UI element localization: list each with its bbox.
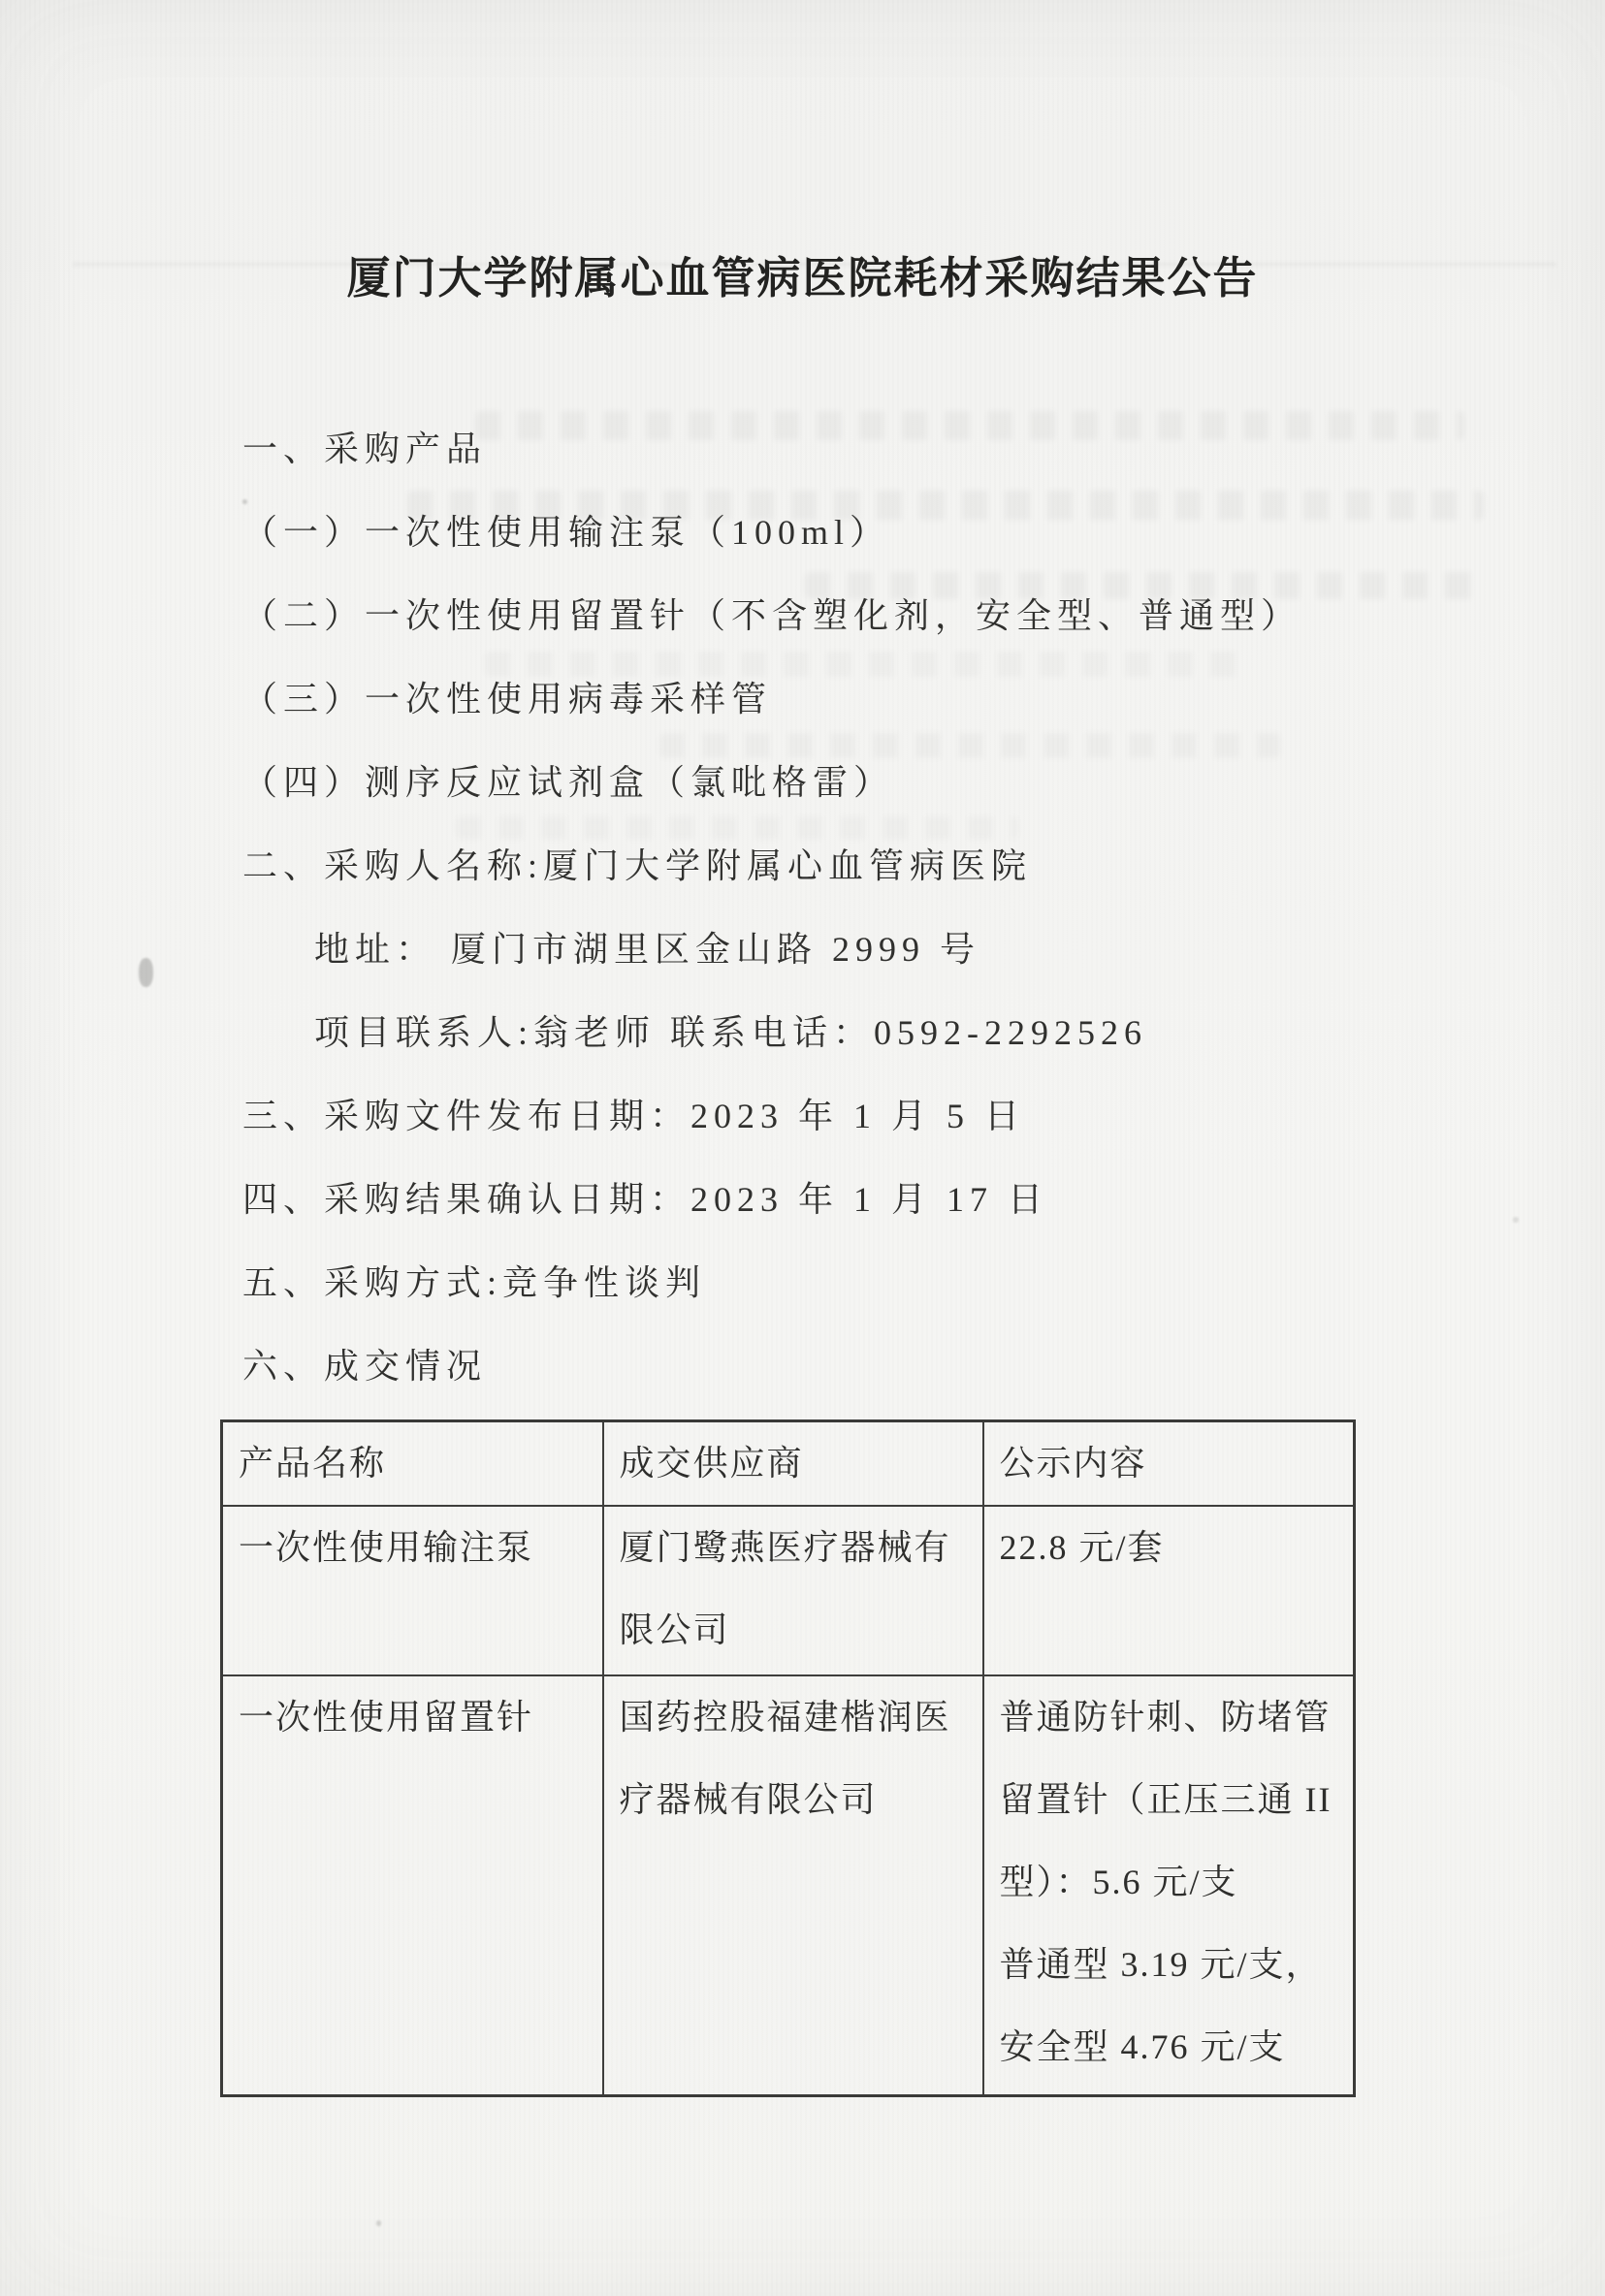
- purchaser-contact: 项目联系人:翁老师 联系电话：0592-2292526: [242, 991, 1532, 1074]
- section-2-purchaser: 二、采购人名称:厦门大学附属心血管病医院: [242, 824, 1532, 908]
- product-item-2: （二）一次性使用留置针（不含塑化剂，安全型、普通型）: [242, 574, 1532, 657]
- product-cell: 一次性使用输注泵: [222, 1506, 603, 1675]
- product-item-1: （一）一次性使用输注泵（100ml）: [242, 491, 1532, 574]
- product-item-3: （三）一次性使用病毒采样管: [242, 657, 1532, 741]
- supplier-cell: 国药控股福建楷润医 疗器械有限公司: [603, 1675, 983, 2095]
- content-cell: 普通防针刺、防堵管 留置针（正压三通 II 型）：5.6 元/支 普通型 3.1…: [983, 1675, 1355, 2095]
- scanned-document-page: { "doc": { "title": "厦门大学附属心血管病医院耗材采购结果公…: [0, 0, 1605, 2296]
- header-supplier: 成交供应商: [603, 1421, 983, 1507]
- table-row: 一次性使用输注泵 厦门鹭燕医疗器械有 限公司 22.8 元/套: [222, 1506, 1355, 1675]
- page-title: 厦门大学附属心血管病医院耗材采购结果公告: [19, 250, 1586, 306]
- section-1-heading: 一、采购产品: [242, 407, 1532, 491]
- scan-speck: [139, 958, 153, 987]
- content-cell: 22.8 元/套: [983, 1506, 1355, 1675]
- header-product-name: 产品名称: [222, 1421, 603, 1507]
- table-row: 一次性使用留置针 国药控股福建楷润医 疗器械有限公司 普通防针刺、防堵管 留置针…: [222, 1675, 1355, 2095]
- document-body: 一、采购产品 （一）一次性使用输注泵（100ml） （二）一次性使用留置针（不含…: [242, 407, 1532, 1408]
- supplier-cell: 厦门鹭燕医疗器械有 限公司: [603, 1506, 983, 1675]
- header-announcement: 公示内容: [983, 1421, 1355, 1507]
- section-6-results-heading: 六、成交情况: [242, 1324, 1532, 1408]
- product-cell: 一次性使用留置针: [222, 1675, 603, 2095]
- purchaser-address: 地址： 厦门市湖里区金山路 2999 号: [242, 908, 1532, 991]
- results-table: 产品名称 成交供应商 公示内容 一次性使用输注泵 厦门鹭燕医疗器械有 限公司 2…: [220, 1419, 1356, 2097]
- scan-speck: [376, 2220, 381, 2226]
- table-header-row: 产品名称 成交供应商 公示内容: [222, 1421, 1355, 1507]
- section-4-confirm-date: 四、采购结果确认日期：2023 年 1 月 17 日: [242, 1158, 1532, 1241]
- product-item-4: （四）测序反应试剂盒（氯吡格雷）: [242, 741, 1532, 824]
- section-5-method: 五、采购方式:竞争性谈判: [242, 1241, 1532, 1324]
- section-3-publish-date: 三、采购文件发布日期：2023 年 1 月 5 日: [242, 1074, 1532, 1158]
